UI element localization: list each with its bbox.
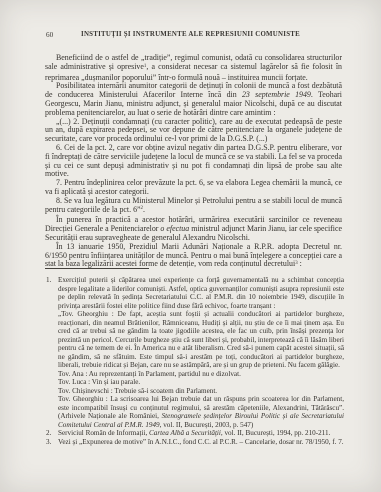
footnote-number: 2. bbox=[45, 429, 58, 438]
footnote-paragraph: Vezi și „Expunerea de motive” în A.N.I.C… bbox=[58, 438, 344, 447]
text-run: Tov. Chișinevschi : Trebuie să-i scoatem… bbox=[58, 387, 217, 395]
paragraph: În 13 ianuarie 1950, Prezidiul Marii Adu… bbox=[45, 243, 342, 271]
paragraph: 6. Cei de la pct. 2, care vor obține avi… bbox=[45, 144, 342, 179]
footnote-text: Vezi și „Expunerea de motive” în A.N.I.C… bbox=[58, 438, 344, 447]
footnote-paragraph: Tov. Chișinevschi : Trebuie să-i scoatem… bbox=[58, 387, 344, 396]
footnote-paragraph: „Tov. Gheorghiu : De fapt, aceștia sunt … bbox=[58, 310, 344, 370]
footnote-text: Exercițiul puterii și căpătarea unei exp… bbox=[58, 276, 344, 429]
text-run: „(...) 2. Deținuții condamnați (cu carac… bbox=[45, 117, 342, 144]
text-run: . bbox=[143, 205, 145, 214]
footnote-paragraph: Serviciul Român de Informații, Cartea Al… bbox=[58, 429, 344, 438]
footnote-text: Serviciul Român de Informații, Cartea Al… bbox=[58, 429, 344, 438]
text-run: Vezi și „Expunerea de motive” în A.N.I.C… bbox=[58, 438, 344, 446]
footnote: 1.Exercițiul puterii și căpătarea unei e… bbox=[45, 276, 344, 429]
paragraph: Posibilitatea internării anumitor catego… bbox=[45, 82, 342, 117]
footnote-ref: 2 bbox=[141, 206, 143, 211]
footnote-number: 3. bbox=[45, 438, 58, 447]
paragraph: 8. Se va lua legătura cu Ministerul Mine… bbox=[45, 197, 342, 217]
footnote-paragraph: Tov. Ana : Au reprezentanți în Parlament… bbox=[58, 370, 344, 379]
paragraph: 7. Pentru îndeplinirea celor prevăzute l… bbox=[45, 179, 342, 197]
footnote-number: 1. bbox=[45, 276, 58, 429]
text-run: : bbox=[298, 259, 302, 268]
footnote-ref: 1 bbox=[144, 64, 146, 69]
page-number: 60 bbox=[46, 31, 53, 39]
text-run: o efectua bbox=[160, 224, 189, 233]
text-run: Tov. Ana : Au reprezentanți în Parlament… bbox=[58, 370, 241, 378]
body-text: Beneficiind de o astfel de „tradiție”, r… bbox=[45, 54, 342, 271]
paragraph: În punerea în practică a acestor hotărâr… bbox=[45, 216, 342, 242]
text-run: 23 septembrie 1949 bbox=[242, 90, 311, 99]
text-run: 8. Se va lua legătura cu Ministerul Mine… bbox=[45, 196, 342, 214]
footnote-paragraph: Exercițiul puterii și căpătarea unei exp… bbox=[58, 276, 344, 310]
text-run: , vol. II, București, 1994, pp. 210-211. bbox=[221, 429, 330, 437]
document-page: INSTITUȚII ȘI INSTRUMENTE ALE REPRESIUNI… bbox=[0, 0, 381, 492]
text-run: „Tov. Gheorghiu : De fapt, aceștia sunt … bbox=[58, 310, 344, 369]
paragraph: Beneficiind de o astfel de „tradiție”, r… bbox=[45, 54, 342, 82]
text-run: 6. Cei de la pct. 2, care vor obține avi… bbox=[45, 143, 342, 178]
text-run: Serviciul Român de Informații, bbox=[58, 429, 149, 437]
footnote: 3.Vezi și „Expunerea de motive” în A.N.I… bbox=[45, 438, 344, 447]
text-run: Exercițiul puterii și căpătarea unei exp… bbox=[58, 276, 344, 310]
footnote-paragraph: Tov. Gheorghiu : La scrisoarea lui Bejan… bbox=[58, 395, 344, 429]
paragraph: „(...) 2. Deținuții condamnați (cu carac… bbox=[45, 118, 342, 144]
text-run: Tov. Luca : Vin și iau parale. bbox=[58, 378, 140, 386]
page-header: INSTITUȚII ȘI INSTRUMENTE ALE REPRESIUNI… bbox=[0, 31, 381, 41]
text-run: , vol. II, București, 2003, p. 547) bbox=[160, 421, 254, 429]
text-run: 7. Pentru îndeplinirea celor prevăzute l… bbox=[45, 178, 342, 196]
footnote-ref: 3 bbox=[295, 261, 297, 266]
footnote-paragraph: Tov. Luca : Vin și iau parale. bbox=[58, 378, 344, 387]
footnote-separator bbox=[45, 268, 149, 269]
text-run: Cartea Albă a Securității bbox=[149, 429, 221, 437]
running-title: INSTITUȚII ȘI INSTRUMENTE ALE REPRESIUNI… bbox=[0, 31, 381, 38]
footnote: 2.Serviciul Român de Informații, Cartea … bbox=[45, 429, 344, 438]
footnotes: 1.Exercițiul puterii și căpătarea unei e… bbox=[45, 276, 344, 446]
